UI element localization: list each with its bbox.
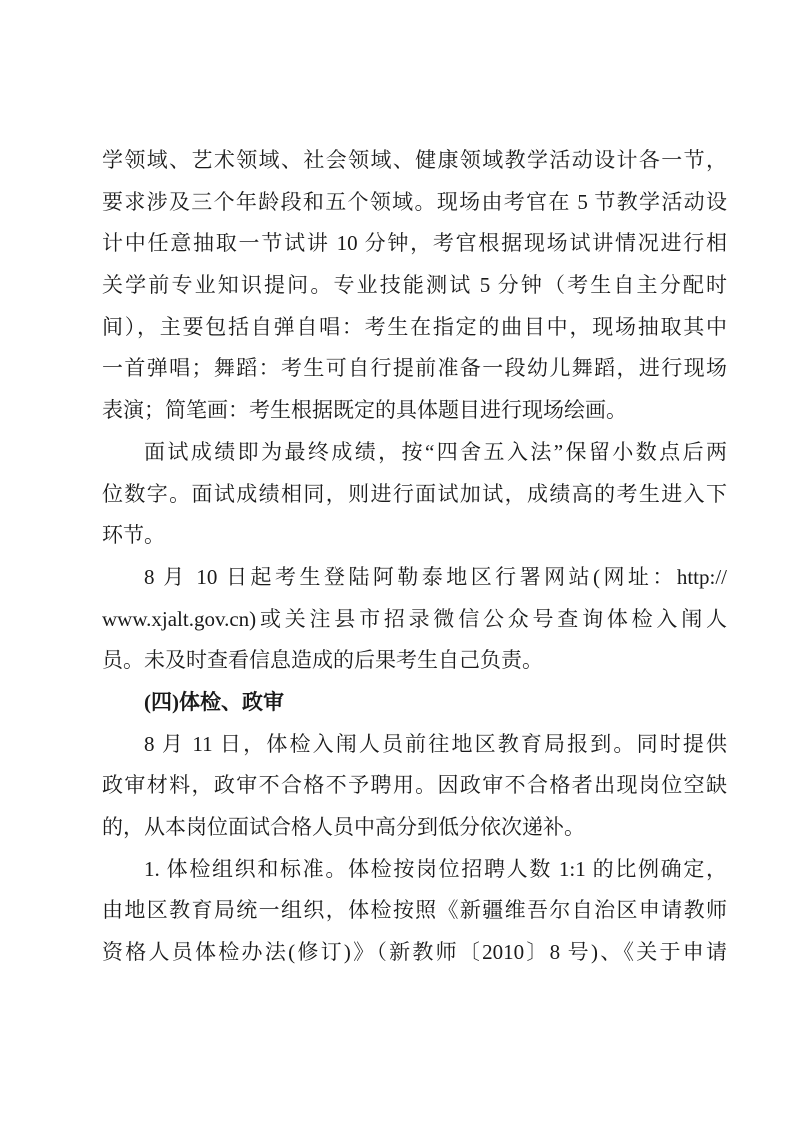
text-line: 员。未及时查看信息造成的后果考生自己负责。 [102,640,727,682]
text-line: 1. 体检组织和标准。体检按岗位招聘人数 1:1 的比例确定， [102,849,727,891]
text-line: 要求涉及三个年龄段和五个领域。现场由考官在 5 节教学活动设 [102,182,727,224]
text-line: 资格人员体检办法(修订)》（新教师〔2010〕8 号)、《关于申请 [102,932,727,974]
text-line: 计中任意抽取一节试讲 10 分钟，考官根据现场试讲情况进行相 [102,223,727,265]
text-line: 8 月 11 日，体检入闱人员前往地区教育局报到。同时提供 [102,724,727,766]
text-line: 面试成绩即为最终成绩，按“四舍五入法”保留小数点后两 [102,432,727,474]
text-line: 表演；简笔画：考生根据既定的具体题目进行现场绘画。 [102,390,727,432]
text-line: 学领域、艺术领域、社会领域、健康领域教学活动设计各一节， [102,140,727,182]
text-line: 关学前专业知识提问。专业技能测试 5 分钟（考生自主分配时 [102,265,727,307]
text-line: 8 月 10 日起考生登陆阿勒泰地区行署网站(网址：http:// [102,557,727,599]
section-heading: (四)体检、政审 [102,682,727,724]
text-line: 政审材料，政审不合格不予聘用。因政审不合格者出现岗位空缺 [102,765,727,807]
text-line: 环节。 [102,515,727,557]
document-page: 学领域、艺术领域、社会领域、健康领域教学活动设计各一节， 要求涉及三个年龄段和五… [0,0,793,1122]
text-line: 位数字。面试成绩相同，则进行面试加试，成绩高的考生进入下 [102,474,727,516]
text-line: www.xjalt.gov.cn)或关注县市招录微信公众号查询体检入闱人 [102,599,727,641]
text-block: 学领域、艺术领域、社会领域、健康领域教学活动设计各一节， 要求涉及三个年龄段和五… [102,140,727,974]
text-line: 一首弹唱；舞蹈：考生可自行提前准备一段幼儿舞蹈，进行现场 [102,348,727,390]
text-line: 间），主要包括自弹自唱：考生在指定的曲目中，现场抽取其中 [102,307,727,349]
text-line: 由地区教育局统一组织，体检按照《新疆维吾尔自治区申请教师 [102,890,727,932]
text-line: 的，从本岗位面试合格人员中高分到低分依次递补。 [102,807,727,849]
